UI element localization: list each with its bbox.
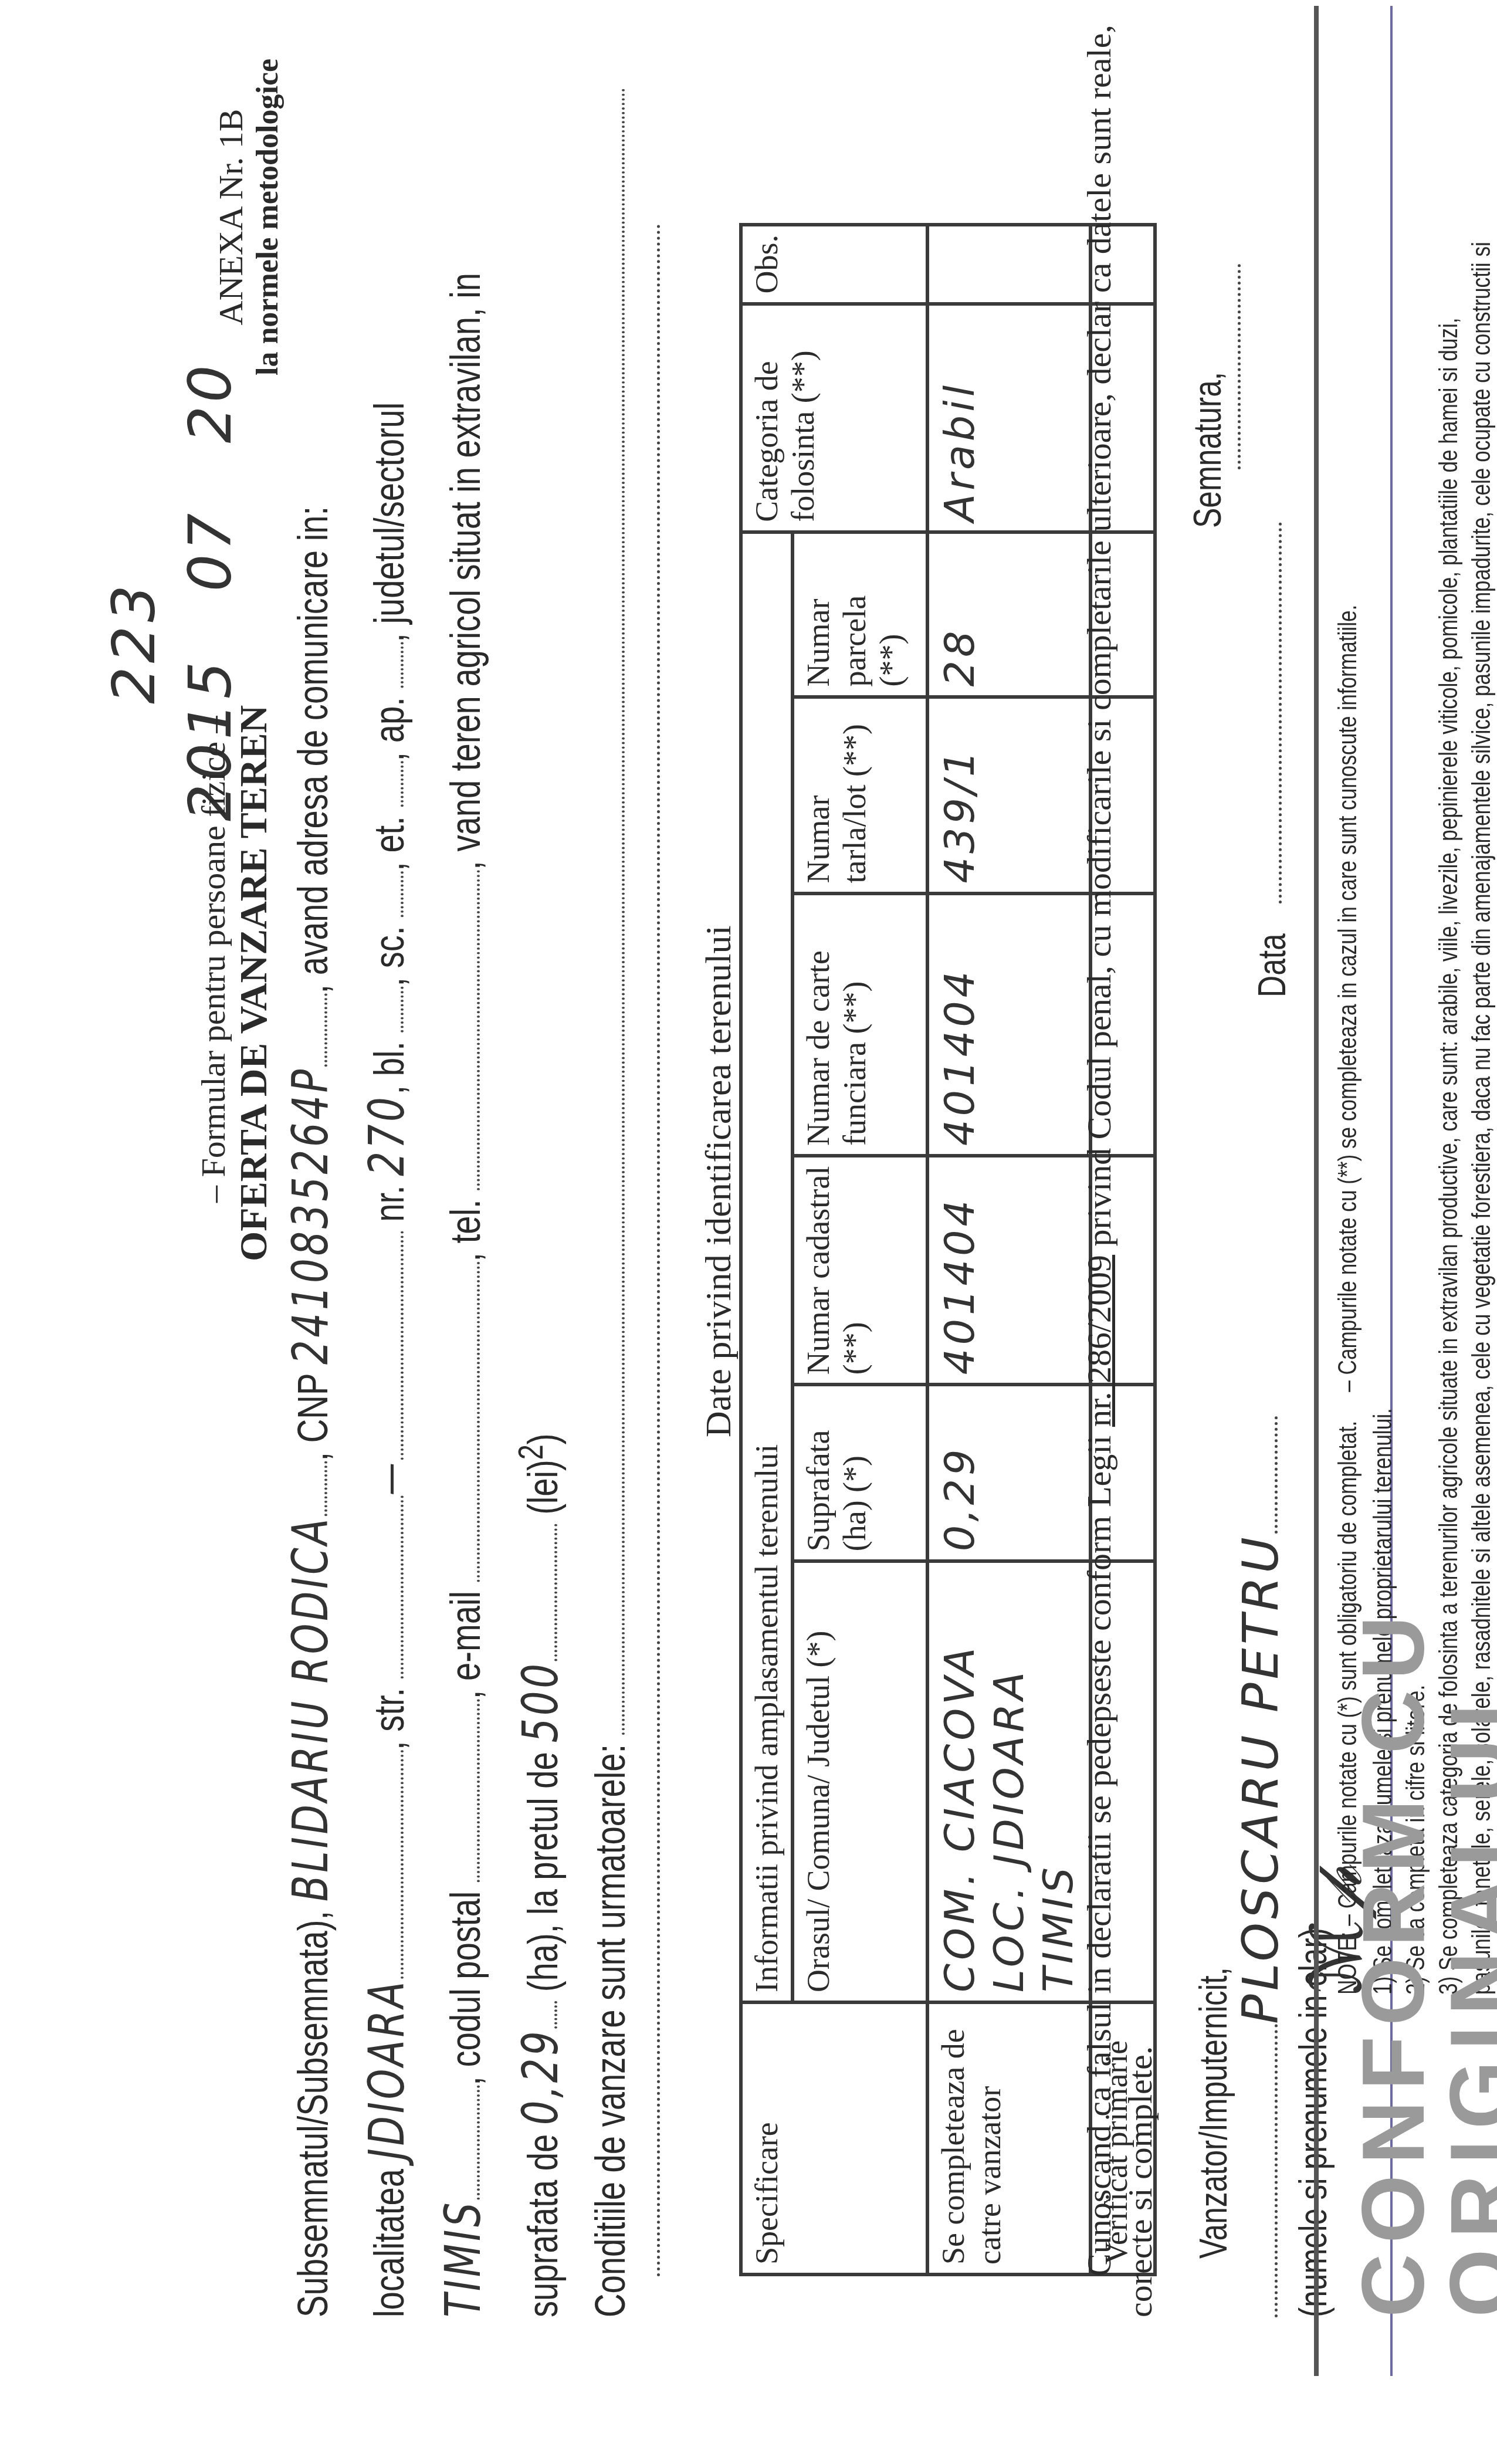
specificare-header: Specificare [741,2002,927,2275]
street-field[interactable]: — [364,1460,414,1495]
price-label: (ha), la pretul de [520,1752,567,1992]
table-row: Se completeaza de catre vanzatorCOM. CIA… [927,225,1090,2275]
col-header: Suprafata (ha) (*) [792,1385,927,1561]
suprafata-field[interactable]: 0,29 [512,2029,569,2125]
reg-month: 07 [176,510,245,591]
cnp-field[interactable]: 2410835264P [282,1067,339,1365]
declaration: Cunoscand ca falsul in declaratii se ped… [1079,25,1119,2276]
declaration-text-3: corecte si complete. [1120,2046,1160,2317]
registration-number: 223 [100,581,168,704]
conditions-field[interactable] [657,223,660,2276]
annex-subtitle: la normele metodologice [250,59,285,375]
postal-code-label: codul postal [442,1891,489,2067]
table-section-title: Date privind identificarea terenului [698,925,740,1437]
address-intro: avand adresa de comunicare in: [290,506,337,975]
table-cell[interactable]: 439/1 [927,697,1090,893]
et-label: et. [366,816,413,852]
declaration-text-2: privind Codul penal, cu modificarile si … [1080,25,1118,1255]
col-header: Numar cadastral (**) [792,1156,927,1385]
intro-line-2: localitatea JDIOARA, str. — nr. 270, bl.… [358,402,415,2317]
col-header: Numar parcela (**) [792,532,927,697]
table-cell[interactable]: Arabil [927,304,1090,532]
localitatea-field[interactable]: JDIOARA [358,1979,415,2160]
table-cell[interactable]: 28 [927,532,1090,697]
annex-header: ANEXA Nr. 1B la normele metodologice [211,59,285,375]
suprafata-label: suprafata de [520,2134,567,2317]
vanzator-label: Vanzator/Imputernicit, [1191,1967,1235,2259]
semnatura-label: Semnatura, [1185,372,1230,528]
reg-day: 20 [176,361,245,443]
table-cell[interactable]: COM. CIACOVA LOC. JDIOARA TIMIS [927,1561,1090,2002]
bl-label: bl. [366,1041,413,1076]
cnp-label: CNP [290,1374,337,1443]
conditions-label: Conditiile de vanzare sunt urmatoarele: [587,1744,634,2317]
sc-label: sc. [366,926,413,968]
document-page: ANEXA Nr. 1B la normele metodologice 223… [0,0,1497,2464]
owner-name-field[interactable]: BLIDARIU RODICA [282,1516,339,1901]
col-header: Numar tarla/lot (**) [792,697,927,893]
intro-line-1: Subsemnatul/Subsemnata), BLIDARIU RODICA… [282,506,339,2317]
data-field[interactable] [1279,522,1282,903]
nr-label: nr. [366,1185,413,1221]
intro-line-4: suprafata de 0,29 (ha), la pretul de 500… [510,1434,569,2317]
form-subtitle: – Formular pentru persoane fizice – [194,716,233,1203]
vanzator-name-row: PLOSCARU PETRU [1232,1416,1289,2317]
page-divider [1314,6,1319,2376]
col-header: Orasul/ Comuna/ Judetul (*) [792,1561,927,2002]
table-cell[interactable]: 401404 [927,893,1090,1156]
declaration-text-1: Cunoscand ca falsul in declaratii se ped… [1080,1427,1118,2276]
localitatea-label: localitatea [366,2169,413,2317]
email-label: e-mail [442,1591,489,1681]
sale-intro: vand teren agricol situat in extravilan,… [442,273,489,851]
currency-label: (lei) [520,1460,567,1515]
semnatura-field[interactable] [1238,264,1241,469]
page-title: OFERTA DE VANZARE TEREN [232,705,276,1261]
col-header-obs: Obs. [741,225,927,304]
table-cell[interactable]: 0,29 [927,1385,1090,1561]
ap-label: ap. [366,697,413,743]
intro-line-5: Conditiile de vanzare sunt urmatoarele: [587,87,635,2317]
price-field[interactable]: 500 [512,1661,569,1742]
intro-line-3: TIMIS, codul postal , e-mail , tel. , va… [434,273,492,2317]
table-cell[interactable]: 401404 [927,1156,1090,1385]
conform-stamp: CONFORM CU ORIGINALUL [1349,1606,1497,2317]
judet-label: judetul/sectorul [366,402,413,624]
col-header-category: Categoria de folosinta (**) [741,304,927,532]
law-reference: nr. 286/2009 [1080,1255,1118,1427]
judet-field[interactable]: TIMIS [434,2200,492,2317]
notes-optional: – Campurile notate cu (**) se completeaz… [1333,605,1362,1392]
stamp-line-2: ORIGINALUL [1437,1606,1497,2317]
table-cell[interactable] [927,225,1090,304]
col-header: Numar de carte funciara (**) [792,893,927,1156]
amplasament-header: Informatii privind amplasamentul terenul… [741,532,792,2002]
tel-label: tel. [442,1199,489,1243]
annex-number: ANEXA Nr. 1B [211,59,250,375]
vanzator-name-field[interactable]: PLOSCARU PETRU [1232,1534,1289,2024]
data-label: Data [1249,933,1294,997]
stamp-line-1: CONFORM CU [1349,1606,1437,2317]
subsemnatul-label: Subsemnatul/Subsemnata [290,1931,337,2317]
number-field[interactable]: 270 [358,1095,415,1176]
row-label: Se completeaza de catre vanzator [927,2002,1090,2275]
str-label: str. [366,1688,413,1732]
